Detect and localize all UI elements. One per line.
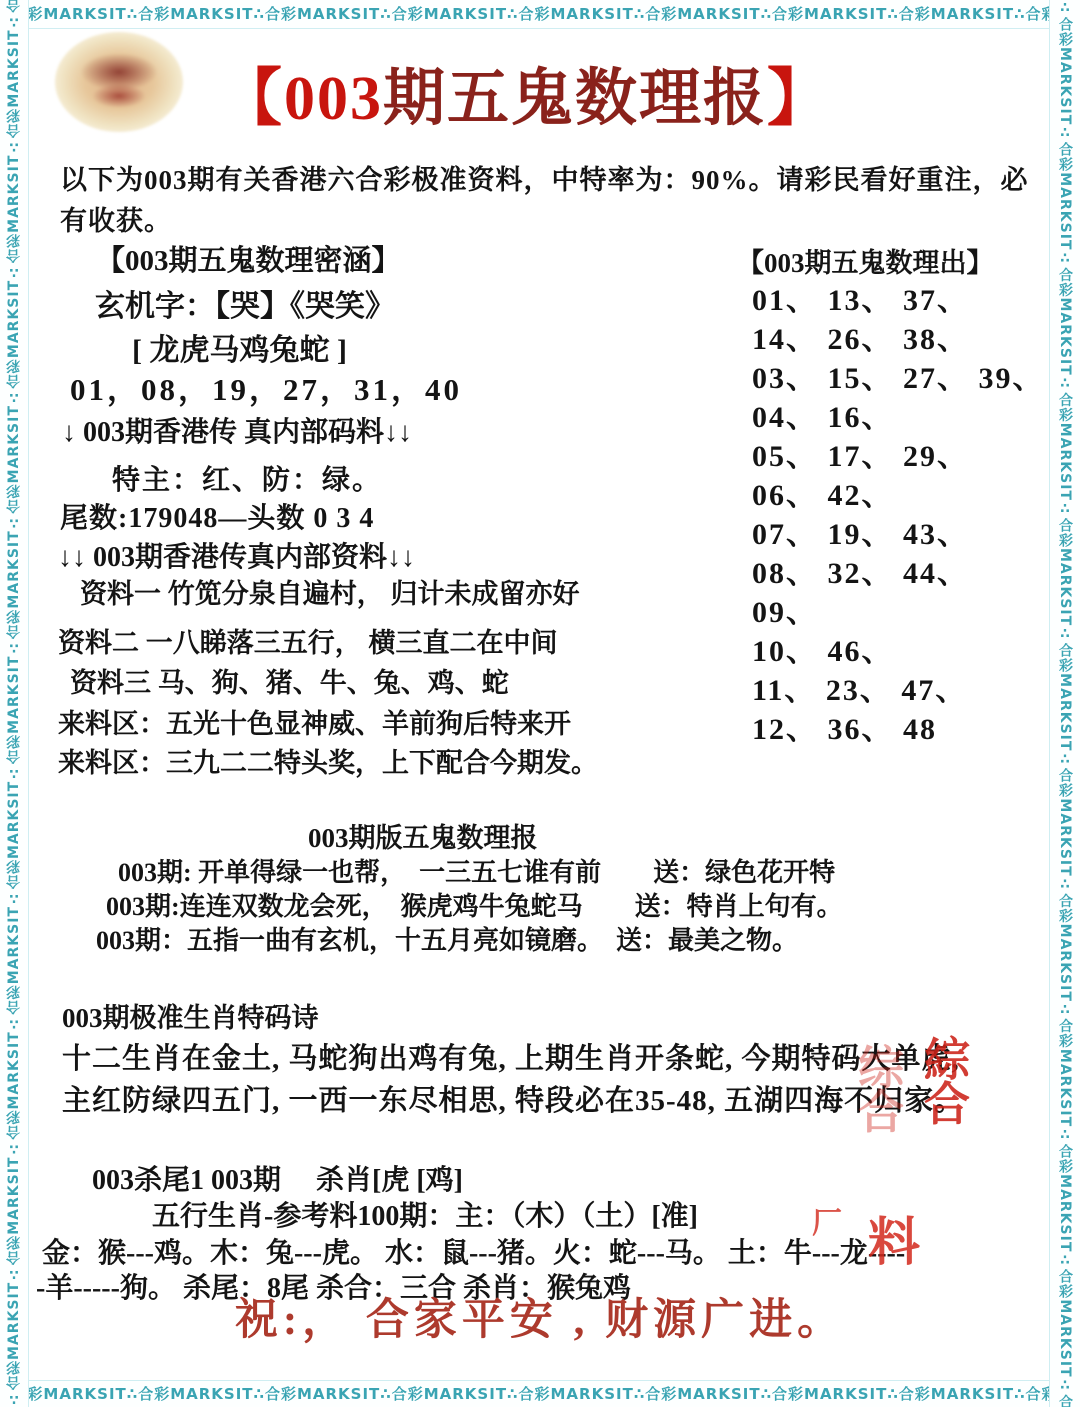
secret-panel-line: 01，08，19，27，31，40 [70,364,462,409]
border-pattern-bottom: ∴合彩MARKSIT∴合彩MARKSIT∴合彩MARKSIT∴合彩MARKSIT… [0,1380,1080,1407]
mid-report-line: 003期：五指一曲有玄机，十五月亮如镜磨。 送：最美之物。 [96,920,798,957]
red-watermark-char: 料 [868,1200,920,1275]
output-number-line: 08、 32、 44、 [752,554,1045,593]
page-title: 【003期五鬼数理报】 [220,48,831,137]
secret-panel-line: 尾数:179048—头数 0 3 4 [60,496,374,536]
secret-panel-line: ↓ 003期香港传 真内部码料↓↓ [62,410,412,450]
secret-panel-line: 资料二 一八睇落三五行， 横三直二在中间 [58,621,558,660]
secret-panel-line: [ 龙虎马鸡兔蛇 ] [132,325,347,369]
output-number-line: 09、 [752,593,1045,632]
zodiac-poem-title: 003期极准生肖特码诗 [62,996,319,1035]
kill-section-line: 金：猴---鸡。木：兔---虎。 水：鼠---猪。火：蛇---马。 土：牛---… [42,1231,905,1271]
intro-paragraph: 以下为003期有关香港六合彩极准资料，中特率为：90%。请彩民看好重注，必有收获… [60,160,1055,242]
zodiac-poem-line: 主红防绿四五门, 一西一东尽相思, 特段必在35-48, 五湖四海不归家。 [62,1078,964,1119]
red-watermark-mark: 厂 [812,1198,842,1242]
red-watermark-char: 合 [858,1076,904,1142]
output-number-line: 12、 36、 48 [752,710,1045,749]
mid-report-line: 003期: 开单得绿一也帮， 一三五七谁有前 送：绿色花开特 [118,852,835,889]
secret-panel-title: 【003期五鬼数理密涵】 [96,238,401,279]
output-number-line: 03、 15、 27、 39、 [752,359,1045,398]
output-number-line: 04、 16、 [752,398,1045,437]
secret-panel-line: 来料区：五光十色显神威、羊前狗后特来开 [58,702,571,741]
secret-panel-line: 资料三 马、狗、猪、牛、兔、鸡、蛇 [70,661,509,700]
red-watermark-char: 合 [924,1068,970,1134]
border-pattern-top: ∴合彩MARKSIT∴合彩MARKSIT∴合彩MARKSIT∴合彩MARKSIT… [0,0,1080,29]
output-number-line: 01、 13、 37、 [752,281,1045,320]
title-text: 期五鬼数理报 [383,65,767,133]
kill-section-line: 五行生肖-参考料100期：主：（木）（土）[准] [152,1194,698,1234]
secret-panel-line: 玄机字：【哭】《哭笑》 [95,281,395,325]
output-number-line: 06、 42、 [752,476,1045,515]
border-pattern-left: ∴合彩MARKSIT∴合彩MARKSIT∴合彩MARKSIT∴合彩MARKSIT… [0,0,29,1407]
secret-panel-line: 特主：红、防：绿。 [112,458,382,498]
secret-panel-line: ↓↓ 003期香港传真内部资料↓↓ [58,535,415,575]
output-number-line: 14、 26、 38、 [752,320,1045,359]
secret-panel-line: 资料一 竹笕分泉自遍村， 归计未成留亦好 [80,572,580,611]
mid-report-line: 003期:连连双数龙会死， 猴虎鸡牛兔蛇马 送：特肖上句有。 [106,886,843,923]
kill-section-line: 003杀尾1 003期 杀肖[虎 [鸡] [92,1158,463,1198]
title-bracket-close: 】 [767,65,831,133]
output-number-line: 05、 17、 29、 [752,437,1045,476]
mid-report-title: 003期版五鬼数理报 [308,816,538,855]
five-ghost-report-page: ∴合彩MARKSIT∴合彩MARKSIT∴合彩MARKSIT∴合彩MARKSIT… [0,0,1080,1407]
output-number-line: 07、 19、 43、 [752,515,1045,554]
zodiac-poem-line: 十二生肖在金土, 马蛇狗出鸡有兔, 上期生肖开条蛇, 今期特码大单虎, [62,1036,960,1077]
title-issue-number: 003 [284,65,383,133]
title-bracket-open: 【 [220,65,284,133]
secret-panel-line: 来料区：三九二二特头奖，上下配合今期发。 [58,741,598,780]
output-number-line: 10、 46、 [752,632,1045,671]
output-number-list: 01、 13、 37、 14、 26、 38、 03、 15、 27、 39、 … [752,281,1045,749]
portrait-image [55,32,183,132]
output-number-line: 11、 23、 47、 [752,671,1045,710]
blessing-line: 祝:， 合家平安 , 财源广进。 [40,1286,1040,1347]
output-panel-title: 【003期五鬼数理出】 [737,241,994,280]
